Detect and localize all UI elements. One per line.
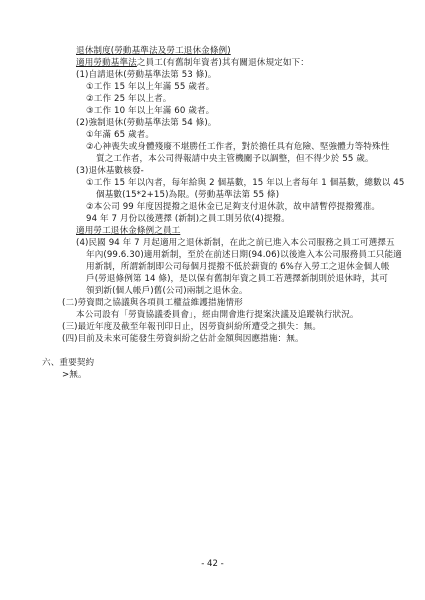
subitem-2: ②工作 25 年以上者。 xyxy=(86,94,171,105)
subitem-disability: ②心神喪失或身體殘廢不堪勝任工作者，對於擔任具有危險、堅強體力等特殊性 xyxy=(86,142,389,153)
subitem-age-65: ①年滿 65 歲者。 xyxy=(86,130,154,141)
document-page: 退休制度(勞動基準法及勞工退休金條例) 適用勞動基準法之員工(有舊制年資者)其有… xyxy=(0,0,425,600)
section-labor-agreements: (二)勞資間之協議與各項員工權益維護措施情形 xyxy=(62,298,243,309)
item-mandatory-retirement: (2)強制退休(勞動基準法第 54 條)。 xyxy=(76,118,217,129)
subitem-contribution-pause: ②本公司 99 年度因提撥之退休金已足夠支付退休款，故申請暫停提撥獲准。 xyxy=(86,202,380,213)
item-new-pension-system-l5: 領到新(個人帳戶)舊(公司)兩制之退休金。 xyxy=(86,286,248,297)
subitem-3: ③工作 10 年以上年滿 60 歲者。 xyxy=(86,106,214,117)
subitem-disability-cont: 質之工作者，本公司得報請中央主管機關予以調整，但不得少於 55 歲。 xyxy=(96,154,374,165)
item-new-pension-system-l3: 用新制，所謂新制即公司每個月提撥不低於薪資的 6%存入勞工之退休金個人帳 xyxy=(86,262,390,273)
subitem-new-system-note: 94 年 7 月份以後選擇 (新制)之員工則另依(4)提撥。 xyxy=(86,214,290,225)
heading-important-contracts: 六、重要契約 xyxy=(42,358,94,369)
subitem-base-calc: ①工作 15 年以內者，每年給與 2 個基數，15 年以上者每年 1 個基數，總… xyxy=(86,178,404,189)
subitem-base-calc-cont: 個基數(15*2+15)為限。(勞動基準法第 55 條) xyxy=(96,190,279,201)
item-voluntary-retirement: (1)自請退休(勞動基準法第 53 條)。 xyxy=(76,70,217,81)
paragraph-none: >無。 xyxy=(62,370,87,381)
subitem-1: ①工作 15 年以上年滿 55 歲者。 xyxy=(86,82,214,93)
paragraph-labor-committee: 本公司設有「勞資協議委員會」，經由開會進行提案決議及追蹤執行狀況。 xyxy=(76,310,359,321)
page-number: - 42 - xyxy=(0,559,425,569)
item-new-pension-system-l2: 年內(99.6.30)適用新制，至於在前述日期(94.06)以後進入本公司服務員… xyxy=(86,250,402,261)
section-dispute-estimates: (四)目前及未來可能發生勞資糾紛之估計金額與因應措施：無。 xyxy=(62,334,304,345)
heading-retirement-system: 退休制度(勞動基準法及勞工退休金條例) xyxy=(76,46,231,57)
paragraph-labor-standards-employees: 適用勞動基準法之員工(有舊制年資者)其有關退休規定如下： xyxy=(76,58,309,69)
item-retirement-base: (3)退休基數核發- xyxy=(76,166,144,177)
heading-pension-act-employees: 適用勞工退休金條例之員工 xyxy=(76,226,180,237)
item-new-pension-system: (4)民國 94 年 7 月起適用之退休新制，在此之前已進入本公司服務之員工可選… xyxy=(76,238,395,249)
section-dispute-losses: (三)最近年度及截至年報刊印日止，因勞資糾紛所遭受之損失：無。 xyxy=(62,322,321,333)
item-new-pension-system-l4: 戶(勞退條例第 14 條)，是以保有舊制年資之員工若選擇新制則於退休時，其可 xyxy=(86,274,388,285)
